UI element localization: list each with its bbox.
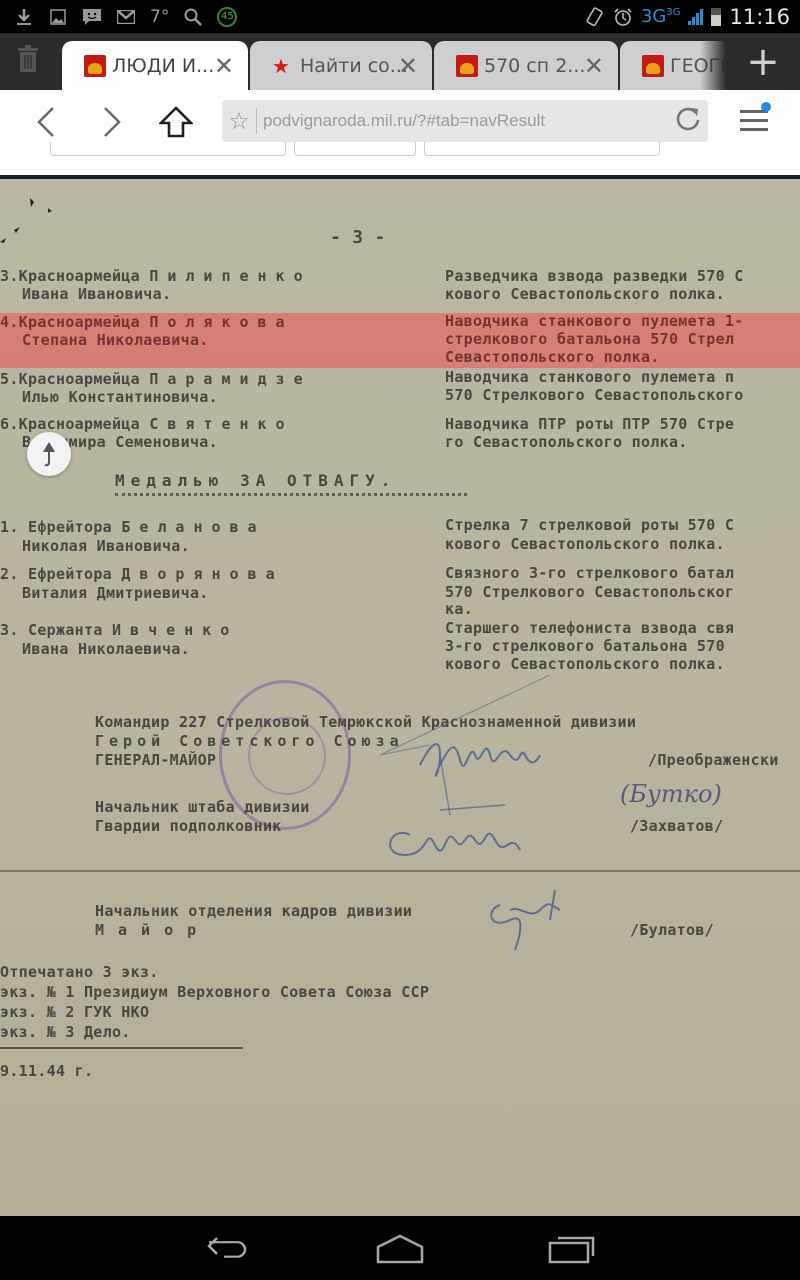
tab-title: ЛЮДИ И... [112, 55, 214, 77]
close-tab-icon[interactable]: ✕ [584, 52, 604, 80]
entry-4-role-2: стрелкового батальона 570 Стрел [445, 330, 734, 348]
close-tab-icon[interactable]: ✕ [398, 52, 418, 80]
reload-icon[interactable] [668, 105, 708, 138]
home-nav-button[interactable] [373, 1234, 423, 1264]
entry-6-role-1: Наводчика ПТР роты ПТР 570 Стре [445, 415, 734, 433]
entry-3-line2: Ивана Ивановича. [22, 285, 171, 303]
hr-head-name: /Булатов/ [630, 921, 714, 939]
page-number: - 3 - [330, 227, 386, 248]
address-bar[interactable]: ☆ podvignaroda.mil.ru/?#tab=navResult [222, 100, 708, 142]
android-nav-bar [0, 1216, 800, 1280]
entry-5-role-1: Наводчика станкового пулемета п [445, 368, 734, 386]
document-date: 9.11.44 г. [0, 1062, 93, 1080]
signal-icon [688, 9, 703, 25]
medal-entry-1-line2: Николая Ивановича. [22, 537, 190, 555]
battery-icon [711, 8, 721, 26]
medal-section-title: Медалью ЗА ОТВАГУ. [115, 471, 396, 490]
tab-title: Найти со... [300, 55, 408, 77]
medal-entry-3-line1: 3. Сержанта Ивченко [0, 621, 238, 639]
network-type: 3G3G [641, 6, 681, 27]
podvig-favicon-icon [84, 55, 106, 77]
tab-570-sp[interactable]: 570 сп 2... ✕ [434, 41, 618, 90]
printed-copies: Отпечатано 3 экз. [0, 963, 159, 981]
tab-find[interactable]: ★ Найти со... ✕ [250, 41, 432, 90]
page-select-edge [294, 142, 416, 156]
browser-toolbar: ☆ podvignaroda.mil.ru/?#tab=navResult [0, 90, 800, 175]
back-button[interactable] [26, 102, 66, 142]
paper-damage [0, 190, 60, 250]
medal-entry-3-line2: Ивана Николаевича. [22, 640, 190, 658]
entry-5-role-2: 570 Стрелкового Севастопольского [445, 386, 744, 404]
search-icon [183, 7, 203, 27]
medal-entry-1-role-2: кового Севастопольского полка. [445, 535, 725, 553]
archive-document-image[interactable]: - 3 - 3.Красноармейца Пилипенко Ивана Ив… [0, 175, 800, 1216]
medal-entry-1-line1: 1. Ефрейтора Беланова [0, 518, 266, 536]
podvig-favicon-icon [456, 55, 478, 77]
back-nav-button[interactable] [205, 1234, 255, 1264]
update-notification-dot [761, 102, 771, 112]
tab-people[interactable]: ЛЮДИ И... ✕ [62, 41, 248, 90]
entry-3-role-2: кового Севастопольского полка. [445, 285, 725, 303]
entry-4-line1: 4.Красноармейца Полякова [0, 313, 294, 331]
clock: 11:16 [729, 5, 790, 29]
entry-6-role-2: го Севастопольского полка. [445, 433, 688, 451]
handwritten-name: (Бутко) [620, 780, 722, 808]
entry-4-role-1: Наводчика станкового пулемета 1- [445, 312, 744, 330]
temperature: 7° [150, 7, 169, 27]
hr-head-title: Начальник отделения кадров дивизии [95, 902, 412, 920]
trash-icon[interactable] [16, 45, 40, 75]
notification-count-badge: 45 [217, 7, 237, 27]
red-star-icon: ★ [272, 54, 294, 78]
download-icon [14, 7, 34, 27]
podvig-favicon-icon [642, 55, 664, 77]
gmail-icon [116, 7, 136, 27]
section-underline [115, 493, 467, 496]
hr-head-rank: Майор [95, 921, 210, 939]
copy-1: экз. № 1 Президиум Верховного Совета Сою… [0, 983, 429, 1001]
section-divider [0, 870, 800, 872]
chief-of-staff-name: /Захватов/ [630, 817, 723, 835]
signatures-ink [300, 665, 620, 875]
chief-of-staff-rank: Гвардии подполковник [95, 817, 282, 835]
tab-title: 570 сп 2... [484, 55, 585, 77]
entry-4-role-3: Севастопольского полка. [445, 348, 660, 366]
recents-nav-button[interactable] [547, 1234, 597, 1264]
url-text[interactable]: podvignaroda.mil.ru/?#tab=navResult [263, 111, 668, 131]
medal-entry-3-role-2: 3-го стрелкового батальона 570 [445, 637, 725, 655]
medal-entry-2-role-1: Связного 3-го стрелкового батал [445, 564, 734, 582]
entry-6-line1: 6.Красноармейца Святенко [0, 415, 294, 433]
entry-3-role-1: Разведчика взвода разведки 570 С [445, 267, 744, 285]
medal-entry-3-role-1: Старшего телефониста взвода свя [445, 619, 734, 637]
page-input-edge [424, 142, 660, 156]
forward-button[interactable] [92, 102, 132, 142]
medal-entry-2-role-3: ка. [445, 600, 473, 618]
entry-4-line2: Степана Николаевича. [22, 331, 209, 349]
medal-entry-2-line2: Виталия Дмитриевича. [22, 584, 209, 602]
distribution-underline [0, 1047, 243, 1049]
commander-name: /Преображенски [648, 751, 779, 769]
chat-icon [82, 7, 102, 27]
rotate-icon [585, 7, 605, 27]
copy-3: экз. № 3 Дело. [0, 1023, 131, 1041]
scroll-to-top-button[interactable] [27, 432, 71, 476]
entry-3-line1: 3.Красноармейца Пилипенко [0, 267, 312, 285]
medal-entry-2-line1: 2. Ефрейтора Дворянова [0, 565, 284, 583]
page-input-edge [50, 142, 286, 156]
status-bar: 7° 45 3G3G 11:16 [0, 0, 800, 33]
tab-strip: ГЕОГРА 570 сп 2... ✕ ★ Найти со... ✕ ЛЮД… [0, 33, 800, 90]
medal-entry-1-role-1: Стрелка 7 стрелковой роты 570 С [445, 516, 734, 534]
image-icon [48, 7, 68, 27]
hr-signature-ink [480, 885, 590, 965]
commander-rank: ГЕНЕРАЛ-МАЙОР [95, 751, 216, 769]
medal-entry-2-role-2: 570 Стрелкового Севастопольског [445, 583, 734, 601]
close-tab-icon[interactable]: ✕ [214, 52, 234, 80]
bookmark-star-icon[interactable]: ☆ [222, 107, 256, 135]
home-button[interactable] [156, 102, 196, 142]
chief-of-staff-title: Начальник штаба дивизии [95, 798, 310, 816]
entry-5-line2: Илью Константиновича. [22, 388, 218, 406]
alarm-icon [613, 7, 633, 27]
copy-2: экз. № 2 ГУК НКО [0, 1003, 149, 1021]
entry-5-line1: 5.Красноармейца Парамидзе [0, 370, 312, 388]
new-tab-button[interactable]: + [726, 33, 800, 90]
